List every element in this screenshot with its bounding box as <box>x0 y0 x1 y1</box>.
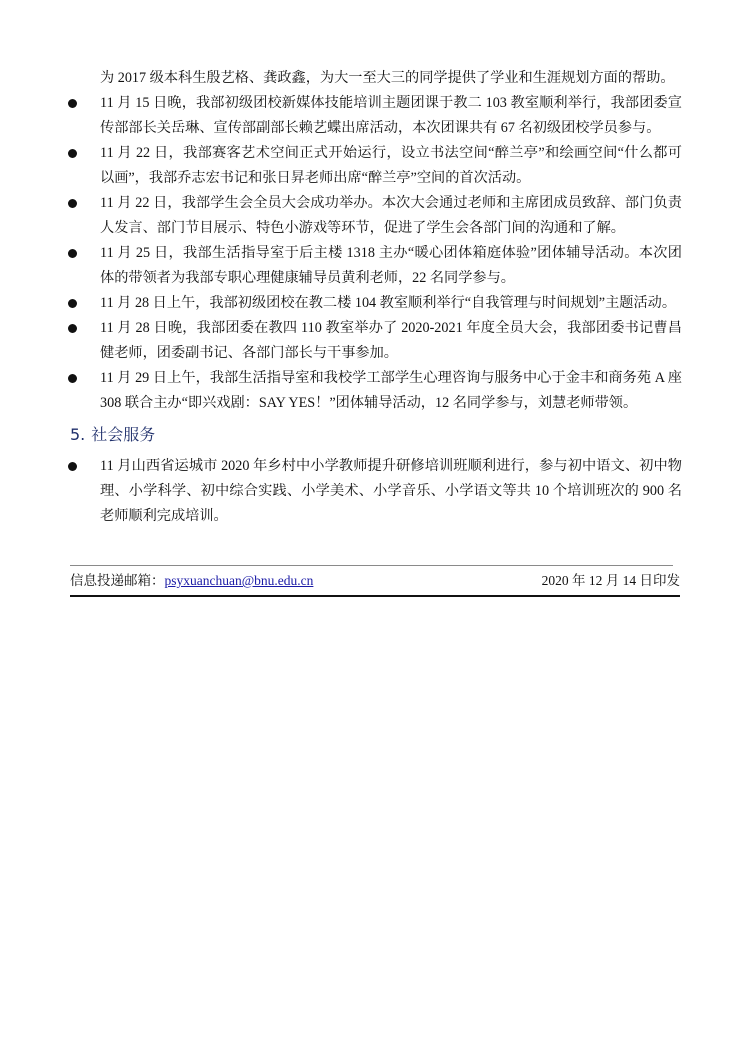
footer-divider-thin <box>70 565 673 566</box>
list-item-text: 11 月 22 日，我部赛客艺术空间正式开始运行，设立书法空间“醉兰亭”和绘画空… <box>100 145 682 186</box>
bullet-icon <box>68 324 77 333</box>
bullet-icon <box>68 249 77 258</box>
bullet-icon <box>68 199 77 208</box>
list-item: 11 月 28 日上午，我部初级团校在教二楼 104 教室顺利举行“自我管理与时… <box>70 291 682 316</box>
list-item-text: 11 月 22 日，我部学生会全员大会成功举办。本次大会通过老师和主席团成员致辞… <box>100 195 682 236</box>
list-item-text: 11 月 29 日上午，我部生活指导室和我校学工部学生心理咨询与服务中心于金丰和… <box>100 370 682 411</box>
list-item: 11 月 29 日上午，我部生活指导室和我校学工部学生心理咨询与服务中心于金丰和… <box>70 366 682 416</box>
bullet-icon <box>68 374 77 383</box>
list-item: 11 月 22 日，我部学生会全员大会成功举办。本次大会通过老师和主席团成员致辞… <box>70 191 682 241</box>
list-item-text: 11 月 25 日，我部生活指导室于后主楼 1318 主办“暖心团体箱庭体验”团… <box>100 245 682 286</box>
issue-date: 2020 年 12 月 14 日印发 <box>542 570 680 592</box>
list-item-text: 11 月 28 日晚，我部团委在教四 110 教室举办了 2020-2021 年… <box>100 320 682 361</box>
section-heading: 5.社会服务 <box>70 422 682 448</box>
bullet-icon <box>68 99 77 108</box>
footer-divider-thick <box>70 595 680 597</box>
footer-mailbox: 信息投递邮箱：psyxuanchuan@bnu.edu.cn <box>70 570 313 592</box>
section-title: 社会服务 <box>91 425 155 444</box>
section-number: 5. <box>70 425 85 444</box>
list-item: 11 月 25 日，我部生活指导室于后主楼 1318 主办“暖心团体箱庭体验”团… <box>70 241 682 291</box>
bullet-icon <box>68 462 77 471</box>
bullet-icon <box>68 149 77 158</box>
list-item-text: 11 月 28 日上午，我部初级团校在教二楼 104 教室顺利举行“自我管理与时… <box>100 295 676 311</box>
list-item: 11 月 22 日，我部赛客艺术空间正式开始运行，设立书法空间“醉兰亭”和绘画空… <box>70 141 682 191</box>
footer: 信息投递邮箱：psyxuanchuan@bnu.edu.cn 2020 年 12… <box>70 570 680 592</box>
bullet-icon <box>68 299 77 308</box>
mailbox-email-link[interactable]: psyxuanchuan@bnu.edu.cn <box>165 573 314 588</box>
list-item: 11 月山西省运城市 2020 年乡村中小学教师提升研修培训班顺利进行，参与初中… <box>70 454 682 529</box>
document-body: 为 2017 级本科生殷艺格、龚政鑫，为大一至大三的同学提供了学业和生涯规划方面… <box>70 66 682 529</box>
continuation-paragraph: 为 2017 级本科生殷艺格、龚政鑫，为大一至大三的同学提供了学业和生涯规划方面… <box>70 66 682 91</box>
list-item-text: 11 月山西省运城市 2020 年乡村中小学教师提升研修培训班顺利进行，参与初中… <box>100 458 682 524</box>
mailbox-label: 信息投递邮箱： <box>70 573 165 588</box>
list-item-text: 11 月 15 日晚，我部初级团校新媒体技能培训主题团课于教二 103 教室顺利… <box>100 95 682 136</box>
list-item: 11 月 28 日晚，我部团委在教四 110 教室举办了 2020-2021 年… <box>70 316 682 366</box>
list-item: 11 月 15 日晚，我部初级团校新媒体技能培训主题团课于教二 103 教室顺利… <box>70 91 682 141</box>
